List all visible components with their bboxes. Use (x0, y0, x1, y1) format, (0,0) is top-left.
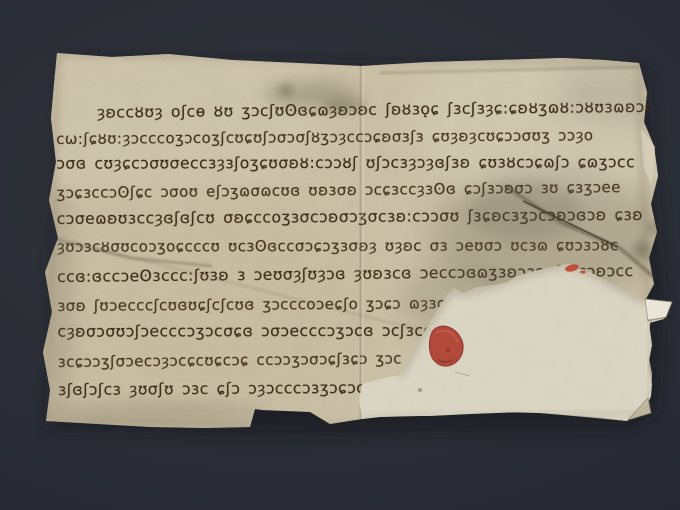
backing-paper-flap (645, 299, 672, 321)
paper-overlay-layer (0, 0, 680, 510)
stain-bottom-strip (32, 402, 268, 426)
vertical-fold-crease (360, 66, 361, 419)
stain-left-edge (41, 185, 75, 415)
top-right-fold (641, 128, 655, 186)
stain-top-right (557, 65, 667, 125)
photo-manuscript-document: ȝʚccȣʊȝ oʃcɵ ȣʊ ʒɔcʃʊʘɞɕɷȝʚɔʚc ʃʚȣɜǫɕ ʃɜ… (0, 0, 680, 510)
